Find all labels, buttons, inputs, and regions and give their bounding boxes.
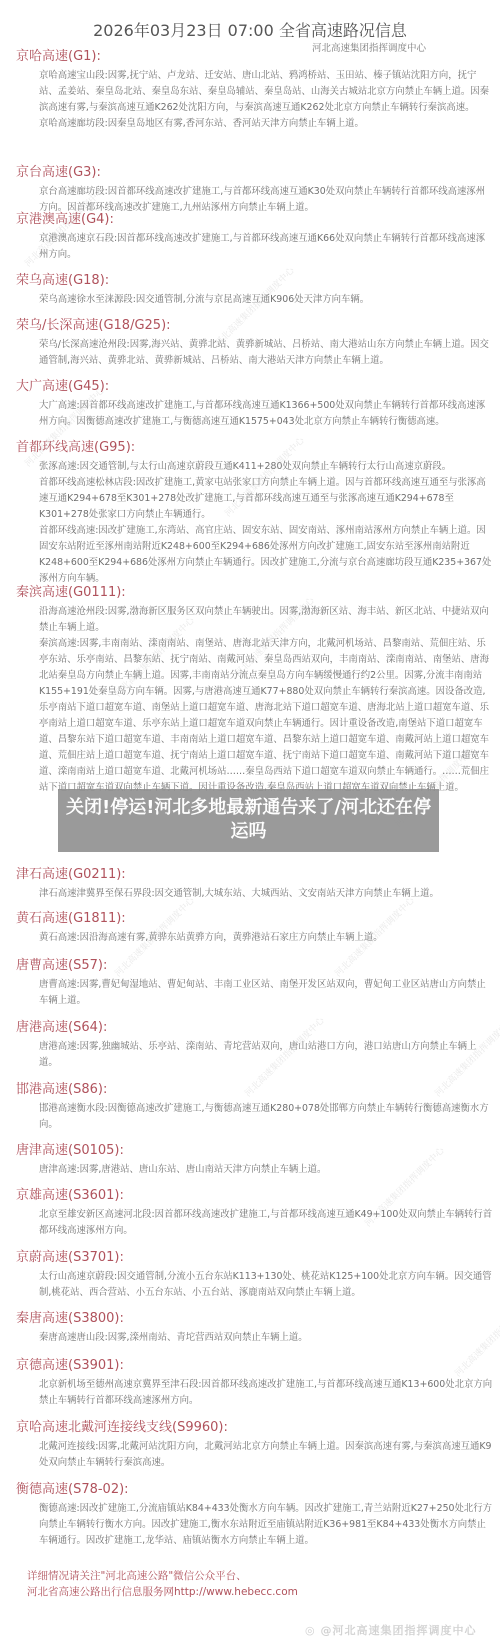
road-section-g95: 首都环线高速(G95): 张涿高速:因交通管制,与太行山高速京蔚段互通K411+… <box>16 439 494 587</box>
notice-paragraph: 邯港高速衡水段:因衡德高速改扩建施工,与衡德高速互通K280+078处邯郸方向禁… <box>39 1101 494 1133</box>
road-name: 秦唐高速(S3800): <box>16 1310 494 1328</box>
road-notice: 大广高速:因首都环线高速改扩建施工,与首都环线高速互通K1366+500处双向禁… <box>39 398 494 430</box>
road-notice: 张涿高速:因交通管制,与太行山高速京蔚段互通K411+280处双向禁止车辆转行太… <box>39 459 494 587</box>
road-name: 首都环线高速(G95): <box>16 439 494 457</box>
notice-paragraph: 北京至雄安新区高速河北段:因首都环线高速改扩建施工,与首都环线高速互通K49+1… <box>39 1207 494 1239</box>
road-notice: 唐曹高速:因雾,曹妃甸湿地站、曹妃甸站、丰南工业区站、南堡开发区站双向，曹妃甸工… <box>39 977 494 1009</box>
road-section-s0105: 唐津高速(S0105): 唐津高速:因雾,唐港站、唐山东站、唐山南站天津方向禁止… <box>16 1142 494 1178</box>
road-notice: 邯港高速衡水段:因衡德高速改扩建施工,与衡德高速互通K280+078处邯郸方向禁… <box>39 1101 494 1133</box>
notice-paragraph: 秦滨高速:因雾,丰南南站、滦南南站、南堡站、唐海北站天津方向，北戴河机场站、昌黎… <box>39 636 494 796</box>
notice-paragraph: 唐港高速:因雾,独幽城站、乐亭站、滦南站、青坨营站双向，唐山站港口方向，港口站唐… <box>39 1039 494 1071</box>
road-notice: 北京新机场至德州高速京冀界至津石段:因首都环线高速改扩建施工,与首都环线高速互通… <box>39 1377 494 1409</box>
notice-paragraph: 张涿高速:因交通管制,与太行山高速京蔚段互通K411+280处双向禁止车辆转行太… <box>39 459 494 475</box>
notice-paragraph: 首都环线高速:因改扩建施工,东湾站、高官庄站、固安东站、固安南站、涿州南站涿州方… <box>39 523 494 587</box>
road-notice: 荣乌/长深高速沧州段:因雾,海兴站、黄骅北站、黄骅新城站、吕桥站、南大港站山东方… <box>39 337 494 369</box>
road-notice: 京港澳高速京石段:因首都环线高速改扩建施工,与首都环线高速互通K66处双向禁止车… <box>39 231 494 263</box>
road-name: 衡德高速(S78-02): <box>16 1481 494 1499</box>
road-notice: 津石高速津冀界至保石界段:因交通管制,大城东站、大城西站、文安南站天津方向禁止车… <box>39 886 494 902</box>
road-section-g4: 京港澳高速(G4): 京港澳高速京石段:因首都环线高速改扩建施工,与首都环线高速… <box>16 211 494 263</box>
road-name: 荣乌高速(G18): <box>16 272 494 290</box>
notice-paragraph: 京港澳高速京石段:因首都环线高速改扩建施工,与首都环线高速互通K66处双向禁止车… <box>39 231 494 263</box>
road-notice: 沿海高速沧州段:因雾,渤海新区服务区双向禁止车辆驶出。因雾,渤海新区站、海丰站、… <box>39 604 494 796</box>
notice-paragraph: 唐曹高速:因雾,曹妃甸湿地站、曹妃甸站、丰南工业区站、南堡开发区站双向，曹妃甸工… <box>39 977 494 1009</box>
road-section-g1: 京哈高速(G1): 京哈高速宝山段:因雾,抚宁站、卢龙站、迁安站、唐山北站、鸦鸿… <box>16 48 494 132</box>
road-name: 津石高速(G0211): <box>16 866 494 884</box>
road-section-g0111: 秦滨高速(G0111): 沿海高速沧州段:因雾,渤海新区服务区双向禁止车辆驶出。… <box>16 584 494 796</box>
notice-paragraph: 黄石高速:因沿海高速有雾,黄骅东站黄骅方向，黄骅港站石家庄方向禁止车辆上道。 <box>39 930 494 946</box>
road-section-g3: 京台高速(G3): 京台高速廊坊段:因首都环线高速改扩建施工,与首都环线高速互通… <box>16 164 494 216</box>
road-section-g18-g25: 荣乌/长深高速(G18/G25): 荣乌/长深高速沧州段:因雾,海兴站、黄骅北站… <box>16 317 494 369</box>
road-name: 唐港高速(S64): <box>16 1019 494 1037</box>
road-name: 荣乌/长深高速(G18/G25): <box>16 317 494 335</box>
notice-paragraph: 北戴河连接线:因雾,北戴河站沈阳方向，北戴河站北京方向禁止车辆上道。因秦滨高速有… <box>39 1439 494 1471</box>
notice-paragraph: 首都环线高速松林店段:因改扩建施工,黄家屯站张家口方向禁止车辆上道。因与首都环线… <box>39 475 494 523</box>
road-section-s57: 唐曹高速(S57): 唐曹高速:因雾,曹妃甸湿地站、曹妃甸站、丰南工业区站、南堡… <box>16 957 494 1009</box>
road-name: 唐津高速(S0105): <box>16 1142 494 1160</box>
notice-paragraph: 京哈高速宝山段:因雾,抚宁站、卢龙站、迁安站、唐山北站、鸦鸿桥站、玉田站、榛子镇… <box>39 68 494 116</box>
headline-overlay[interactable]: 关闭!停运!河北多地最新通告来了/河北还在停运吗 <box>58 789 439 852</box>
road-notice: 黄石高速:因沿海高速有雾,黄骅东站黄骅方向，黄骅港站石家庄方向禁止车辆上道。 <box>39 930 494 946</box>
footer-info: 详细情况请关注"河北高速公路"微信公众平台、 河北省高速公路出行信息服务网htt… <box>27 1568 298 1600</box>
notice-paragraph: 大广高速:因首都环线高速改扩建施工,与首都环线高速互通K1366+500处双向禁… <box>39 398 494 430</box>
notice-paragraph: 唐津高速:因雾,唐港站、唐山东站、唐山南站天津方向禁止车辆上道。 <box>39 1162 494 1178</box>
road-section-g1811: 黄石高速(G1811): 黄石高速:因沿海高速有雾,黄骅东站黄骅方向，黄骅港站石… <box>16 910 494 946</box>
road-name: 唐曹高速(S57): <box>16 957 494 975</box>
road-name: 大广高速(G45): <box>16 378 494 396</box>
road-section-g0211: 津石高速(G0211): 津石高速津冀界至保石界段:因交通管制,大城东站、大城西… <box>16 866 494 902</box>
road-section-s78-02: 衡德高速(S78-02): 衡德高速:因改扩建施工,分流庙镇站K84+433处衡… <box>16 1481 494 1549</box>
road-section-s3800: 秦唐高速(S3800): 秦唐高速唐山段:因雾,滦州南站、青坨营西站双向禁止车辆… <box>16 1310 494 1346</box>
road-name: 京哈高速北戴河连接线支线(S9960): <box>16 1419 494 1437</box>
road-name: 京台高速(G3): <box>16 164 494 182</box>
notice-paragraph: 衡德高速:因改扩建施工,分流庙镇站K84+433处衡水方向车辆。因改扩建施工,青… <box>39 1501 494 1549</box>
notice-paragraph: 津石高速津冀界至保石界段:因交通管制,大城东站、大城西站、文安南站天津方向禁止车… <box>39 886 494 902</box>
notice-paragraph: 北京新机场至德州高速京冀界至津石段:因首都环线高速改扩建施工,与首都环线高速互通… <box>39 1377 494 1409</box>
footer-wechat-line: 详细情况请关注"河北高速公路"微信公众平台、 <box>27 1568 298 1584</box>
road-section-s3701: 京蔚高速(S3701): 太行山高速京蔚段:因交通管制,分流小五台东站K113+… <box>16 1249 494 1301</box>
notice-paragraph: 京哈高速廊坊段:因秦皇岛地区有雾,香河东站、香河站天津方向禁止车辆上道。 <box>39 116 494 132</box>
road-section-s86: 邯港高速(S86): 邯港高速衡水段:因衡德高速改扩建施工,与衡德高速互通K28… <box>16 1081 494 1133</box>
road-section-g45: 大广高速(G45): 大广高速:因首都环线高速改扩建施工,与首都环线高速互通K1… <box>16 378 494 430</box>
footer-website-link[interactable]: 河北省高速公路出行信息服务网http://www.hebecc.com <box>27 1584 298 1600</box>
road-notice: 唐津高速:因雾,唐港站、唐山东站、唐山南站天津方向禁止车辆上道。 <box>39 1162 494 1178</box>
road-notice: 京哈高速宝山段:因雾,抚宁站、卢龙站、迁安站、唐山北站、鸦鸿桥站、玉田站、榛子镇… <box>39 68 494 132</box>
weibo-watermark: ◎ @河北高速集团指挥调度中心 <box>305 1622 476 1638</box>
road-name: 京蔚高速(S3701): <box>16 1249 494 1267</box>
road-section-s9960: 京哈高速北戴河连接线支线(S9960): 北戴河连接线:因雾,北戴河站沈阳方向，… <box>16 1419 494 1471</box>
road-section-s3601: 京雄高速(S3601): 北京至雄安新区高速河北段:因首都环线高速改扩建施工,与… <box>16 1187 494 1239</box>
road-name: 京哈高速(G1): <box>16 48 494 66</box>
weibo-icon: ◎ <box>305 1624 316 1637</box>
road-section-s64: 唐港高速(S64): 唐港高速:因雾,独幽城站、乐亭站、滦南站、青坨营站双向，唐… <box>16 1019 494 1071</box>
road-name: 邯港高速(S86): <box>16 1081 494 1099</box>
road-name: 秦滨高速(G0111): <box>16 584 494 602</box>
road-name: 京雄高速(S3601): <box>16 1187 494 1205</box>
notice-paragraph: 太行山高速京蔚段:因交通管制,分流小五台东站K113+130处、桃花站K125+… <box>39 1269 494 1301</box>
notice-paragraph: 荣乌高速徐水至涞源段:因交通管制,分流与京昆高速互通K906处天津方向车辆。 <box>39 292 494 308</box>
notice-paragraph: 秦唐高速唐山段:因雾,滦州南站、青坨营西站双向禁止车辆上道。 <box>39 1330 494 1346</box>
road-section-g18: 荣乌高速(G18): 荣乌高速徐水至涞源段:因交通管制,分流与京昆高速互通K90… <box>16 272 494 308</box>
watermark-credit-text: @河北高速集团指挥调度中心 <box>320 1624 476 1637</box>
road-notice: 衡德高速:因改扩建施工,分流庙镇站K84+433处衡水方向车辆。因改扩建施工,青… <box>39 1501 494 1549</box>
road-notice: 北戴河连接线:因雾,北戴河站沈阳方向，北戴河站北京方向禁止车辆上道。因秦滨高速有… <box>39 1439 494 1471</box>
traffic-bulletin-page: 2026年03月23日 07:00 全省高速路况信息 河北高速集团指挥调度中心 … <box>0 0 500 1642</box>
road-name: 黄石高速(G1811): <box>16 910 494 928</box>
road-notice: 北京至雄安新区高速河北段:因首都环线高速改扩建施工,与首都环线高速互通K49+1… <box>39 1207 494 1239</box>
road-notice: 唐港高速:因雾,独幽城站、乐亭站、滦南站、青坨营站双向，唐山站港口方向，港口站唐… <box>39 1039 494 1071</box>
road-name: 京港澳高速(G4): <box>16 211 494 229</box>
road-name: 京德高速(S3901): <box>16 1357 494 1375</box>
page-title: 2026年03月23日 07:00 全省高速路况信息 <box>0 18 500 41</box>
notice-paragraph: 沿海高速沧州段:因雾,渤海新区服务区双向禁止车辆驶出。因雾,渤海新区站、海丰站、… <box>39 604 494 636</box>
road-section-s3901: 京德高速(S3901): 北京新机场至德州高速京冀界至津石段:因首都环线高速改扩… <box>16 1357 494 1409</box>
road-notice: 荣乌高速徐水至涞源段:因交通管制,分流与京昆高速互通K906处天津方向车辆。 <box>39 292 494 308</box>
notice-paragraph: 荣乌/长深高速沧州段:因雾,海兴站、黄骅北站、黄骅新城站、吕桥站、南大港站山东方… <box>39 337 494 369</box>
road-notice: 太行山高速京蔚段:因交通管制,分流小五台东站K113+130处、桃花站K125+… <box>39 1269 494 1301</box>
road-notice: 秦唐高速唐山段:因雾,滦州南站、青坨营西站双向禁止车辆上道。 <box>39 1330 494 1346</box>
